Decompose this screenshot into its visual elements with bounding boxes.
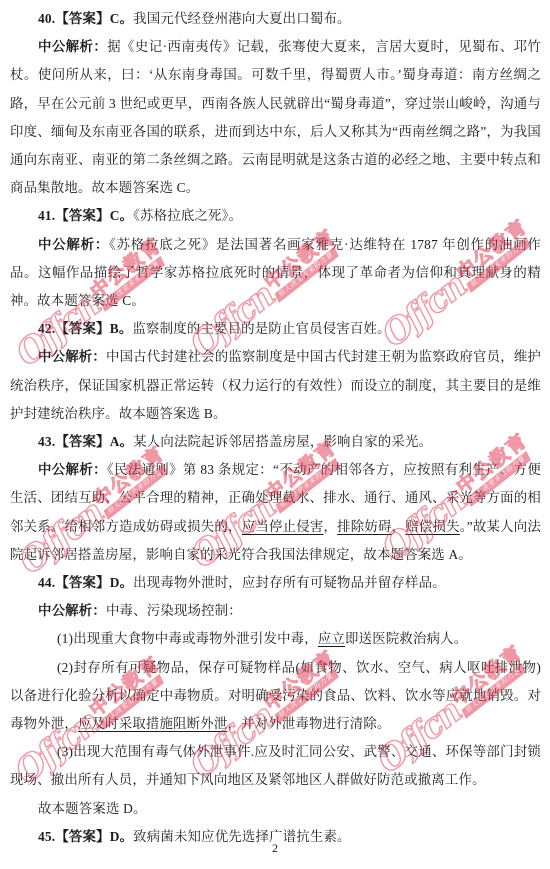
analysis-41: 中公解析：《苏格拉底之死》是法国著名画家雅克·达维特在 1787 年创作的油画作…: [10, 231, 541, 316]
analysis-44-conclusion: 故本题答案选 D。: [10, 795, 541, 823]
paragraph-text: 出现毒物外泄时，应封存所有可疑物品并留存样品。: [133, 575, 446, 590]
paragraph-text: 即送医院救治病人。: [345, 631, 467, 646]
paragraph-label: 中公解析：: [38, 603, 106, 618]
paragraph-text: 中毒、污染现场控制：: [106, 603, 242, 618]
analysis-40: 中公解析：据《史记·西南夷传》记载，张骞使大夏来，言居大夏时，见蜀布、邛竹杖。使…: [10, 33, 541, 202]
document-body: 40.【答案】C。我国元代经登州港向大夏出口蜀布。中公解析：据《史记·西南夷传》…: [10, 5, 541, 851]
analysis-44-item-1: (1)出现重大食物中毒或毒物外泄引发中毒，应立即送医院救治病人。: [10, 625, 541, 653]
answer-42: 42.【答案】B。监察制度的主要目的是防止官员侵害百姓。: [10, 315, 541, 343]
paragraph-text: 故本题答案选 D。: [38, 801, 147, 816]
paragraph-text: ，: [323, 519, 337, 534]
paragraph-label: 40.【答案】C。: [38, 11, 133, 26]
paragraph-text: 监察制度的主要目的是防止官员侵害百姓。: [132, 321, 390, 336]
underlined-phrase: 排除妨碍: [337, 519, 392, 534]
analysis-44-item-2: (2)封存所有可疑物品，保存可疑物样品(如食物、饮水、空气、病人呕吐排泄物)以备…: [10, 654, 541, 739]
answer-41: 41.【答案】C。《苏格拉底之死》。: [10, 202, 541, 230]
paragraph-text: (1)出现重大食物中毒或毒物外泄引发中毒，: [57, 631, 318, 646]
analysis-44-item-3: (3)出现大范围有毒气体外泄事件.应及时汇同公安、武警、交通、环保等部门封锁现场…: [10, 738, 541, 794]
paragraph-text: 据《史记·西南夷传》记载，张骞使大夏来，言居大夏时，见蜀布、邛竹杖。使问所从来，…: [10, 39, 541, 195]
underlined-phrase: 赔偿损失: [405, 519, 460, 534]
answer-43: 43.【答案】A。某人向法院起诉邻居搭盖房屋，影响自家的采光。: [10, 428, 541, 456]
analysis-42: 中公解析：中国古代封建社会的监察制度是中国古代封建王朝为监察政府官员，维护统治秩…: [10, 343, 541, 428]
paragraph-label: 中公解析：: [38, 39, 107, 54]
analysis-44: 中公解析：中毒、污染现场控制：: [10, 597, 541, 625]
paragraph-label: 41.【答案】C。: [38, 208, 133, 223]
paragraph-label: 42.【答案】B。: [38, 321, 132, 336]
paragraph-text: 某人向法院起诉邻居搭盖房屋，影响自家的采光。: [133, 434, 432, 449]
paragraph-label: 中公解析：: [38, 462, 107, 477]
paragraph-text: ，并对外泄毒物进行清除。: [227, 716, 390, 731]
paragraph-label: 中公解析：: [38, 237, 109, 252]
page-number: 2: [0, 841, 550, 856]
document-page: 40.【答案】C。我国元代经登州港向大夏出口蜀布。中公解析：据《史记·西南夷传》…: [0, 0, 550, 869]
answer-44: 44.【答案】D。出现毒物外泄时，应封存所有可疑物品并留存样品。: [10, 569, 541, 597]
paragraph-label: 44.【答案】D。: [38, 575, 133, 590]
paragraph-text: (3)出现大范围有毒气体外泄事件.应及时汇同公安、武警、交通、环保等部门封锁现场…: [10, 744, 541, 787]
underlined-phrase: 应及时采取措施阻断外泄: [78, 716, 228, 731]
analysis-43: 中公解析：《民法通则》第 83 条规定：“不动产的相邻各方，应按照有利生产、方便…: [10, 456, 541, 569]
answer-40: 40.【答案】C。我国元代经登州港向大夏出口蜀布。: [10, 5, 541, 33]
paragraph-text: ，: [392, 519, 406, 534]
paragraph-text: 《苏格拉底之死》。: [133, 208, 242, 223]
paragraph-text: 我国元代经登州港向大夏出口蜀布。: [133, 11, 350, 26]
underlined-phrase: 应立: [318, 631, 345, 646]
paragraph-label: 43.【答案】A。: [38, 434, 133, 449]
underlined-phrase: 应当停止侵害: [242, 519, 324, 534]
paragraph-label: 中公解析：: [38, 349, 106, 364]
